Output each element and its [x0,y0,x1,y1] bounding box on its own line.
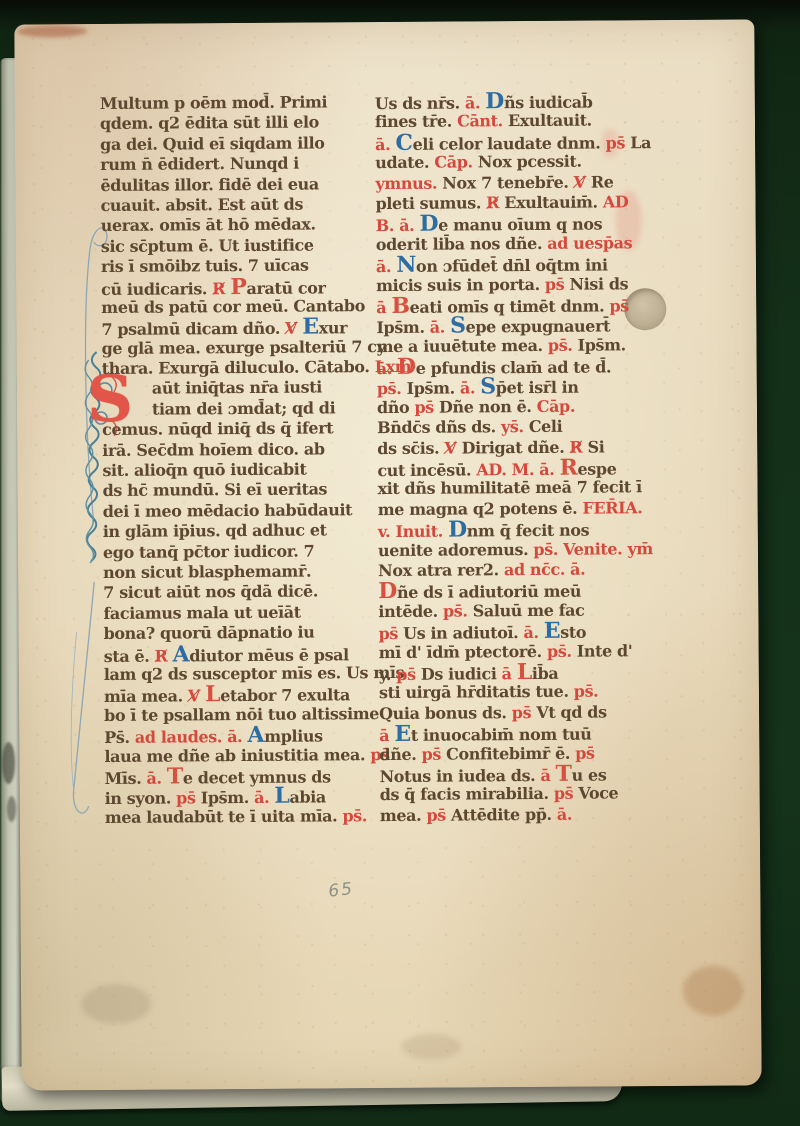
rubric-text: ps̄ [176,789,201,808]
rubric-text: R̸ [486,193,504,212]
manuscript-line: in syon. ps̄ Ips̄m. ā. Labia [105,785,373,807]
body-text: etabor 7 exulta [220,686,350,706]
rubric-text: ps̄. [574,682,599,701]
manuscript-line: sic sc̄ptum ē. Ut iustifice [101,235,369,257]
manuscript-line: dño ps̄ Dñe non ē. Cāp. [377,396,649,418]
rubric-text: ys̄. [501,417,529,436]
body-text: irā. Sec̄dm hoīem dico. ab [102,439,324,460]
manuscript-line: ga dei. Quid eī siqdam illo [100,133,368,155]
blue-initial: A [247,722,264,748]
body-text: thara. Exurgā diluculo. Cātabo. [102,357,375,378]
manuscript-line: dñe. ps̄ Confitebimr̄ ē. ps̄ [379,743,651,765]
body-text: rum n̄ ēdidert. Nunqd i [100,154,299,174]
manuscript-line: Ips̄m. ā. Sepe expugnauert̄ [376,314,648,336]
body-text: in glām ip̄ius. qd adhuc et [103,521,327,542]
manuscript-line: uerax. omīs āt hō mēdax. [101,214,369,236]
body-text: sto [560,623,586,642]
manuscript-line: B. ā. De manu oīum q nos [376,213,648,235]
manuscript-line: ēdulitas illor. fidē dei eua [100,174,368,196]
rubric-text: ps̄. [342,806,367,825]
body-text: laua me dñe ab iniustitia mea. [104,745,370,766]
body-text: ñs iudicab̄ [504,93,593,113]
body-text: eli celor laudate dnm. [413,133,606,153]
rubric-text: ā. [375,135,395,154]
body-text: Saluū me fac [473,600,585,620]
red-initial: T [167,763,183,789]
rubric-text: B. ā. [376,216,420,235]
stain [81,984,151,1024]
blue-initial: C [395,130,412,156]
body-text: mea. [380,805,427,824]
rubric-text: ps̄ [396,665,421,684]
body-text: 7 psalmū dicam dño. [101,319,285,339]
body-text: mīa mea. [104,687,188,707]
body-text: tiam dei ɔmd̄at; qd di [152,398,335,418]
body-text: e pfundis clam̄ ad te d̄. [416,358,612,378]
manuscript-line: mea laudabūt te ī uita mīa. ps̄. [105,806,373,828]
body-text: non sicut blasphemamr̄. [103,562,311,582]
body-text: ga dei. Quid eī siqdam illo [100,133,325,154]
body-text: La [630,133,651,152]
body-text: me a iuuētute mea. [376,336,547,356]
body-text: ris ī smōibz tuis. 7 uīcas [101,256,309,276]
manuscript-line: udate. Cāp. Nox pcessit. [375,151,647,173]
body-text: nm q̄ fecit nos [467,521,590,541]
manuscript-line: dei ī meo mēdacio habūdauit [103,500,371,522]
body-text: Exultauit. [508,111,592,131]
rubric-text: ad uesp̄as [547,233,632,253]
body-text: Dñe non ē. [439,397,537,417]
body-text: lam q2 ds susceptor mīs es. Us mīs [104,663,404,684]
body-text: e manu oīum q nos [438,215,602,235]
body-text: mplius [264,727,323,746]
rubric-text: ps̄ [554,784,579,803]
manuscript-line: intēde. ps̄. Saluū me fac [378,600,650,622]
manuscript-line: in glām ip̄ius. qd adhuc et [103,520,371,542]
rubric-text: ps̄ [609,296,629,315]
rubric-text: ā. [376,257,396,276]
manuscript-line: bona? quorū dāpnatio iu [103,622,371,644]
body-text: oderit lib̄a nos dñe. [376,234,548,254]
rubric-text: ā [379,726,394,745]
ink-showthrough-mark [2,742,15,784]
rubric-text: ps̄. [377,379,407,398]
manuscript-line: v. Inuit. Dnm q̄ fecit nos [378,518,650,540]
body-text: cemus. nūqd iniq̄ ds q̄ ifert [102,419,333,440]
body-text: p̄et isr̄l in [496,378,579,398]
body-text: Nox atra rer2. [378,560,504,580]
body-text: cū iudicaris. [101,279,212,299]
rubric-text: ps̄ [378,624,403,643]
text-column-left: Multum p oēm mod̄. Primiqdem. q2 ēdita s… [100,92,373,828]
rubric-text: ā. [523,623,543,642]
manuscript-line: non sicut blasphemamr̄. [103,561,371,583]
red-initial: R [559,455,577,481]
manuscript-line: thara. Exurgā diluculo. Cātabo. Lxm̄ [102,357,370,379]
body-text: on ɔfūdet̄ dn̄l oq̄tm ini [416,256,608,276]
rubric-text: ps̄ [512,703,537,722]
manuscript-line: Ps̄. ad laudes. ā. Amplius [104,724,372,746]
manuscript-line: cū iudicaris. R̸ Paratū cor [101,276,369,298]
rubric-text: V̸ [444,438,461,457]
manuscript-line: cut incēsū. AD. M. ā. Respe [377,457,649,479]
body-text: ds q̄ facis mirabilia. [380,784,554,804]
body-text: e decet ymnus ds [183,767,331,787]
ink-showthrough-mark [7,796,16,822]
red-initial: P [230,273,246,299]
body-text: 7 sicut aiūt nos q̄dā dicē. [103,582,318,602]
manuscript-line: sta ē. R̸ Adiutor mēus ē psal [104,643,372,665]
body-text: sic sc̄ptum ē. Ut iustifice [101,235,314,255]
manuscript-line: ds hc̄ mundū. Si eī ueritas [102,480,370,502]
manuscript-line: ps̄ Us in adiutoī. ā. Esto [378,620,650,642]
stain [683,966,743,1016]
manuscript-line: mī d' īdm̄ ptectorē. ps̄. Inte d' [379,641,651,663]
stain [401,1033,461,1059]
body-text: udate. [375,153,434,172]
rubric-text: v. Inuit. [378,522,448,541]
manuscript-line: sit. alioq̄n quō iudicabit [102,459,370,481]
body-text: sta ē. [104,646,155,665]
manuscript-line: bo ī te psallam nōi tuo altissime [104,704,372,726]
body-text: Inte d' [577,641,633,660]
manuscript-line: ps̄. Ips̄m. ā. Sp̄et isr̄l in [377,376,649,398]
body-text: aūt iniq̄tas nr̄a iusti [152,378,322,398]
rubric-text: ā [540,766,555,785]
photo-background: { "page": { "folio_number": "65", "descr… [0,0,800,1126]
manuscript-line: aūt iniq̄tas nr̄a iusti [102,378,370,400]
body-text: in syon. [105,789,177,808]
body-text: intēde. [378,601,443,620]
body-text: eati omīs q timēt dnm. [410,296,610,316]
rubric-text: ā [376,298,391,317]
manuscript-line: ā. Celi celor laudate dnm. ps̄ La [375,131,647,153]
blue-initial: E [394,721,411,747]
manuscript-line: uenite adoremus. ps̄. Venite. ym̄ [378,539,650,561]
body-text: Ds iudici [421,664,502,684]
rubric-text: ā. [557,804,572,823]
body-text: bona? quorū dāpnatio iu [103,623,314,643]
body-text: Dirigat dñe. [462,437,570,457]
manuscript-line: Us ds nr̄s. ā. Dñs iudicab̄ [375,90,647,112]
body-text: Ips̄m. [376,318,429,337]
body-text: cuauit. absit. Est aūt ds [100,195,303,215]
body-text: xur [319,319,348,338]
body-text: Ips̄m. [578,335,626,354]
blue-initial: S [480,374,496,400]
manuscript-line: cemus. nūqd iniq̄ ds q̄ ifert [102,418,370,440]
body-text: aratū cor [246,278,325,298]
body-text: Notus in iudea ds. [379,766,540,786]
body-text: ds hc̄ mundū. Si eī ueritas [102,480,327,501]
manuscript-line: y. ps̄ Ds iudici ā Lib̄a [379,661,651,683]
rubric-text: ps̄ [414,397,439,416]
folio-number-pencil: 65 [327,879,355,902]
rubric-text: Cāp. [434,153,478,172]
manuscript-line: Quia bonus ds. ps̄ Vt qd ds [379,702,651,724]
body-text: ego tanq̄ pc̄tor iudicor. 7 [103,541,315,561]
manuscript-line: faciamus mala ut ueīāt [103,602,371,624]
manuscript-line: sti uirgā hr̄ditatis tue. ps̄. [379,681,651,703]
body-text: meū ds patū cor meū. Cantabo [101,296,365,317]
manuscript-line: 7 psalmū dicam dño. V̸ Exur [101,316,369,338]
body-text: Us in adiutoī. [403,623,524,643]
manuscript-line: qdem. q2 ēdita sūt illi elo [100,113,368,135]
body-text: Mīs. [104,769,146,788]
rubric-text: Cānt. [457,112,508,131]
rubric-text: FER̄IA. [582,498,642,517]
blue-initial: E [544,618,561,644]
manuscript-line: 7 sicut aiūt nos q̄dā dicē. [103,581,371,603]
rubric-text: R̸ [212,279,230,298]
rubric-text: ā. [460,379,480,398]
body-text: micis suis in porta. [376,274,545,294]
manuscript-line: micis suis in porta. ps̄ Nisi ds [376,274,648,296]
rubric-text: ā. [377,359,397,378]
rubric-text: ad nc̄c. ā. [504,560,585,580]
red-initial: L [517,659,532,685]
body-text: diutor mēus ē psal [189,645,349,665]
body-text: Re [591,172,614,191]
rubric-text: R̸ [154,646,172,665]
blue-initial: S [450,313,466,339]
manuscript-line: Mīs. ā. Te decet ymnus ds [104,765,372,787]
body-text: ds sc̄is. [377,438,444,457]
rubric-text: ps̄. [443,601,473,620]
manuscript-line: Bn̄dc̄s dñs ds. ys̄. Celi [377,416,649,438]
manuscript-line: meū ds patū cor meū. Cantabo [101,296,369,318]
body-text: Multum p oēm mod̄. Primi [100,92,327,113]
red-initial: D [378,578,397,604]
body-text: xit dñs humilitatē meā 7 fecit ī [377,478,641,499]
rubric-text: ā [502,664,517,683]
body-text: Attēdite pp̄. [451,804,557,824]
manuscript-line: me magna q2 potens ē. FER̄IA. [378,498,650,520]
manuscript-line: oderit lib̄a nos dñe. ad uesp̄as [376,233,648,255]
rubric-text: AD. M. ā. [476,460,559,480]
body-text: Quia bonus ds. [379,703,512,723]
rubric-text: V̸ [574,172,591,191]
manuscript-line: ge glā mea. exurge psalteriū 7 cy [101,337,369,359]
body-text: dei ī meo mēdacio habūdauit [103,500,353,521]
manuscript-line: lam q2 ds susceptor mīs es. Us mīs [104,663,372,685]
body-text: mea laudabūt te ī uita mīa. [105,806,343,827]
body-text: Exultauim̄. [504,192,603,212]
manuscript-line: ā. Non ɔfūdet̄ dn̄l oq̄tm ini [376,253,648,275]
rubric-text: ps̄ [545,274,570,293]
rubric-text: R̸ [569,437,587,456]
rubric-text: ā. [146,768,166,787]
body-text: Si [588,437,605,456]
rubric-text: ps̄. Venite. ym̄ [533,539,653,559]
rubric-text: ps̄ [606,133,631,152]
manuscript-line: tiam dei ɔmd̄at; qd di [102,398,370,420]
body-text: uenite adoremus. [378,540,534,560]
body-text: Ps̄. [104,728,135,747]
manuscript-line: laua me dñe ab iniustitia mea. ps̄ [104,745,372,767]
text-column-right: Us ds nr̄s. ā. Dñs iudicab̄fines tr̄e. C… [375,90,652,826]
body-text: dño [377,398,415,417]
body-text: espe [577,459,616,478]
manuscript-line: Dñe ds ī adiutoriū meū [378,580,650,602]
body-text: ñe ds ī adiutoriū meū [397,582,581,602]
body-text: epe expugnauert̄ [466,317,611,337]
manuscript-line: Nox atra rer2. ad nc̄c. ā. [378,559,650,581]
rubric-text: V̸ [188,687,205,706]
body-text: Vt qd ds [536,702,606,721]
stain [17,25,87,37]
rubric-text: ps̄ [575,743,595,762]
body-text: ge glā mea. exurge psalteriū 7 cy [101,337,385,358]
body-text: y. [379,665,397,684]
blue-initial: L [274,783,289,809]
rubric-text: ad laudes. ā. [135,727,248,747]
manuscript-line: ā. De pfundis clam̄ ad te d̄. [377,355,649,377]
manuscript-line: Notus in iudea ds. ā Tu es [379,763,651,785]
rubric-text: ā. [254,788,274,807]
manuscript-line: mīa mea. V̸ Letabor 7 exulta [104,683,372,705]
body-text: faciamus mala ut ueīāt [103,602,300,622]
blue-initial: D [448,517,467,543]
rubric-text: ymnus. [375,173,442,192]
manuscript-line: ds q̄ facis mirabilia. ps̄ Voce [380,783,652,805]
manuscript-line: rum n̄ ēdidert. Nunqd i [100,153,368,175]
manuscript-line: ā Et inuocabim̄ nom tuū [379,722,651,744]
manuscript-line: ymnus. Nox 7 tenebr̄e. V̸ Re [375,172,647,194]
body-text: u es [572,765,607,784]
blue-initial: E [302,314,319,340]
body-text: Bn̄dc̄s dñs ds. [377,417,501,437]
manuscript-line: xit dñs humilitatē meā 7 fecit ī [377,478,649,500]
blue-initial: A [173,641,190,667]
body-text: Ips̄m. [407,379,460,398]
manuscript-line: pleti sumus. R̸ Exultauim̄. AD [375,192,647,214]
body-text: Voce [578,784,618,803]
rubric-text: ps̄ [426,805,451,824]
manuscript-line: fines tr̄e. Cānt. Exultauit. [375,111,647,133]
body-text: fines tr̄e. [375,112,457,132]
manuscript-line: Multum p oēm mod̄. Primi [100,92,368,114]
body-text: Ips̄m. [201,788,254,807]
body-text: sit. alioq̄n quō iudicabit [102,460,306,480]
manuscript-line: ds sc̄is. V̸ Dirigat dñe. R̸ Si [377,437,649,459]
red-initial: L [205,682,220,708]
rubric-text: AD [603,192,629,211]
body-text: abia [289,788,326,807]
body-text: sti uirgā hr̄ditatis tue. [379,682,574,702]
rubric-text: ps̄ [421,744,446,763]
body-text: dñe. [379,744,421,763]
blue-initial: D [485,88,504,114]
rubric-text: V̸ [285,319,302,338]
body-text: ēdulitas illor. fidē dei eua [100,174,319,195]
manuscript-line: cuauit. absit. Est aūt ds [100,194,368,216]
manuscript-line: ā Beati omīs q timēt dnm. ps̄ [376,294,648,316]
red-initial: B [391,293,409,319]
red-initial: D [397,354,416,380]
manuscript-page: S Multum p oēm mod̄. Primiqdem. q2 ēdita… [14,19,761,1090]
body-text: Nox pcessit. [478,152,582,172]
body-text: Us ds nr̄s. [375,93,465,113]
body-text: ib̄a [532,664,559,683]
manuscript-line: irā. Sec̄dm hoīem dico. ab [102,439,370,461]
body-text: qdem. q2 ēdita sūt illi elo [100,113,319,134]
body-text: Nisi ds [569,274,628,293]
body-text: uerax. omīs āt hō mēdax. [101,215,316,236]
rubric-text: ā. [465,93,485,112]
rubric-text: ps̄. [547,641,577,660]
red-initial: T [556,761,572,787]
rubric-text: ps̄. [548,335,578,354]
body-text: me magna q2 potens ē. [378,498,583,518]
rubric-text: ā. [430,318,450,337]
body-text: Celi [529,417,563,436]
body-text: t inuocabim̄ nom tuū [411,725,592,745]
rubric-text: Cāp. [537,397,575,416]
body-text: Nox 7 tenebr̄e. [442,172,574,192]
body-text: bo ī te psallam nōi tuo altissime [104,704,379,725]
blue-initial: D [419,211,438,237]
manuscript-line: mea. ps̄ Attēdite pp̄. ā. [380,804,652,826]
manuscript-line: me a iuuētute mea. ps̄. Ips̄m. [376,335,648,357]
manuscript-line: ego tanq̄ pc̄tor iudicor. 7 [103,541,371,563]
body-text: cut incēsū. [377,460,476,480]
blue-initial: N [396,252,416,278]
